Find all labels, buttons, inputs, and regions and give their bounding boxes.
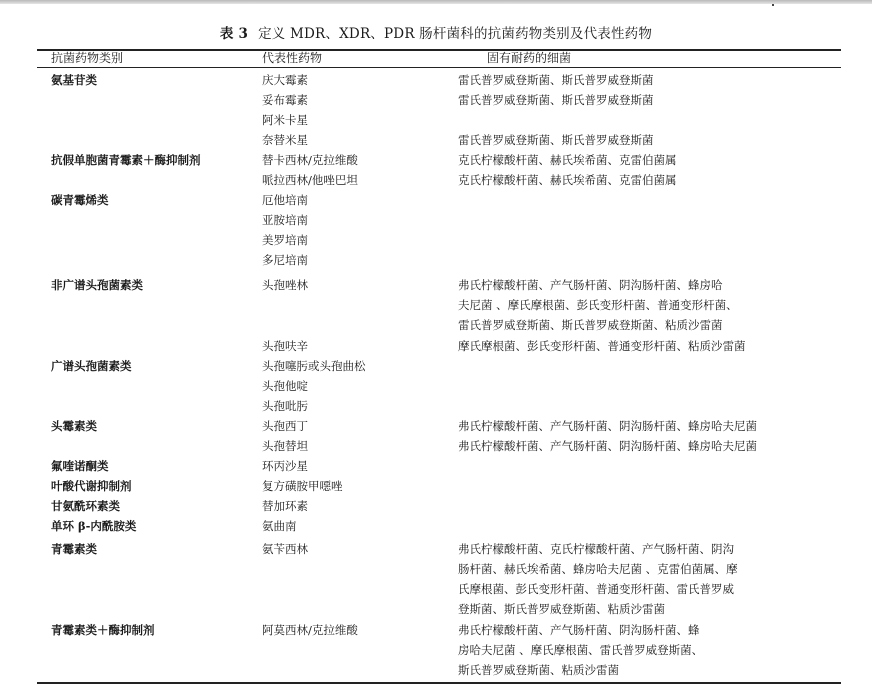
bacteria-cell-line: 弗氏柠檬酸杆菌、产气肠杆菌、阴沟肠杆菌、蜂房哈: [458, 275, 723, 295]
drug-cell: 阿莫西林/克拉维酸: [262, 620, 358, 640]
header-representative-drug: 代表性药物: [262, 51, 322, 66]
drug-cell: 哌拉西林/他唑巴坦: [262, 170, 358, 190]
drug-cell: 头孢噻肟或头孢曲松: [262, 356, 366, 376]
drug-cell: 氨曲南: [262, 516, 297, 536]
category-cell: 抗假单胞菌青霉素＋酶抑制剂: [51, 150, 201, 170]
drug-cell: 厄他培南: [262, 190, 308, 210]
drug-cell: 氨苄西林: [262, 539, 308, 559]
bacteria-cell-line: 摩氏摩根菌、彭氏变形杆菌、普通变形杆菌、粘质沙雷菌: [458, 336, 746, 356]
drug-cell: 亚胺培南: [262, 210, 308, 230]
header-category: 抗菌药物类别: [51, 51, 123, 66]
drug-cell: 头孢唑林: [262, 275, 308, 295]
scan-edge: [0, 0, 872, 4]
category-cell: 广谱头孢菌素类: [51, 356, 132, 376]
category-cell: 甘氨酰环素类: [51, 496, 120, 516]
table-title: 定义 MDR、XDR、PDR 肠杆菌科的抗菌药物类别及代表性药物: [258, 26, 652, 42]
category-cell: 单环 β-内酰胺类: [51, 516, 136, 536]
bacteria-cell-line: 肠杆菌、赫氏埃希菌、蜂房哈夫尼菌 、克雷伯菌属、摩: [458, 559, 738, 579]
bacteria-cell-line: 雷氏普罗威登斯菌、斯氏普罗威登斯菌: [458, 130, 654, 150]
category-cell: 青霉素类: [51, 539, 97, 559]
header-intrinsic-resistant-bacteria: 固有耐药的细菌: [487, 51, 571, 66]
bacteria-cell-line: 雷氏普罗威登斯菌、斯氏普罗威登斯菌: [458, 90, 654, 110]
drug-cell: 复方磺胺甲噁唑: [262, 476, 343, 496]
scan-speck: [772, 4, 774, 6]
category-cell: 青霉素类＋酶抑制剂: [51, 620, 155, 640]
category-cell: 碳青霉烯类: [51, 190, 109, 210]
bacteria-cell-line: 弗氏柠檬酸杆菌、产气肠杆菌、阴沟肠杆菌、蜂: [458, 620, 700, 640]
drug-cell: 替卡西林/克拉维酸: [262, 150, 358, 170]
drug-cell: 头孢他啶: [262, 376, 308, 396]
bacteria-cell-line: 弗氏柠檬酸杆菌、克氏柠檬酸杆菌、产气肠杆菌、阴沟: [458, 539, 734, 559]
drug-cell: 头孢呋辛: [262, 336, 308, 356]
table-top-rule: [37, 49, 841, 51]
bacteria-cell-line: 登斯菌、斯氏普罗威登斯菌、粘质沙雷菌: [458, 599, 665, 619]
category-cell: 头霉素类: [51, 416, 97, 436]
category-cell: 非广谱头孢菌素类: [51, 275, 143, 295]
bacteria-cell-line: 夫尼菌 、摩氏摩根菌、彭氏变形杆菌、普通变形杆菌、: [458, 295, 738, 315]
drug-cell: 头孢吡肟: [262, 396, 308, 416]
bacteria-cell-line: 氏摩根菌、彭氏变形杆菌、普通变形杆菌、雷氏普罗威: [458, 579, 734, 599]
table-header-rule: [37, 67, 841, 68]
table-caption: 表 3定义 MDR、XDR、PDR 肠杆菌科的抗菌药物类别及代表性药物: [0, 22, 872, 42]
drug-cell: 庆大霉素: [262, 70, 308, 90]
bacteria-cell-line: 克氏柠檬酸杆菌、赫氏埃希菌、克雷伯菌属: [458, 150, 677, 170]
bacteria-cell-line: 弗氏柠檬酸杆菌、产气肠杆菌、阴沟肠杆菌、蜂房哈夫尼菌: [458, 436, 757, 456]
bacteria-cell-line: 雷氏普罗威登斯菌、斯氏普罗威登斯菌、粘质沙雷菌: [458, 315, 723, 335]
drug-cell: 替加环素: [262, 496, 308, 516]
bacteria-cell-line: 房哈夫尼菌 、摩氏摩根菌、雷氏普罗威登斯菌、: [458, 640, 703, 660]
bacteria-cell-line: 克氏柠檬酸杆菌、赫氏埃希菌、克雷伯菌属: [458, 170, 677, 190]
drug-cell: 头孢西丁: [262, 416, 308, 436]
drug-cell: 妥布霉素: [262, 90, 308, 110]
drug-cell: 奈替米星: [262, 130, 308, 150]
drug-cell: 阿米卡星: [262, 110, 308, 130]
table-bottom-rule: [37, 682, 841, 684]
drug-cell: 头孢替坦: [262, 436, 308, 456]
category-cell: 叶酸代谢抑制剂: [51, 476, 132, 496]
bacteria-cell-line: 斯氏普罗威登斯菌、粘质沙雷菌: [458, 660, 619, 680]
bacteria-cell-line: 弗氏柠檬酸杆菌、产气肠杆菌、阴沟肠杆菌、蜂房哈夫尼菌: [458, 416, 757, 436]
drug-cell: 多尼培南: [262, 250, 308, 270]
drug-cell: 美罗培南: [262, 230, 308, 250]
category-cell: 氟喹诺酮类: [51, 456, 109, 476]
table-number: 表 3: [220, 26, 248, 42]
category-cell: 氨基苷类: [51, 70, 97, 90]
drug-cell: 环丙沙星: [262, 456, 308, 476]
bacteria-cell-line: 雷氏普罗威登斯菌、斯氏普罗威登斯菌: [458, 70, 654, 90]
